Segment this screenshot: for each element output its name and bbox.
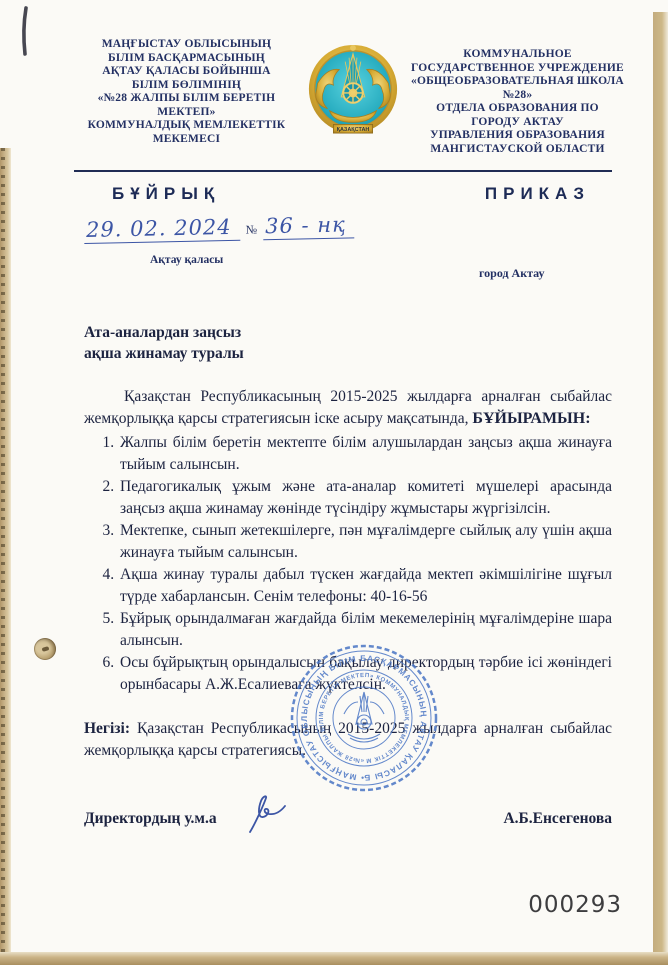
order-subject: Ата-аналардан заңсыз ақша жинамау туралы [84, 322, 668, 364]
place-row: Ақтау қаласы город Актау [0, 248, 668, 288]
handwritten-signature [236, 792, 288, 843]
org-kk-line: БІЛІМ БАСҚАРМАСЫНЫҢ [70, 52, 303, 66]
org-kk-line: МАҢҒЫСТАУ ОБЛЫСЫНЫҢ [70, 38, 303, 52]
handwritten-date: 29. 02. 2024 [84, 215, 240, 244]
org-kk-line: КОММУНАЛДЫҚ МЕМЛЕКЕТТІК [70, 119, 303, 133]
binder-hole [34, 638, 56, 660]
stamp-center-emblem [344, 692, 384, 742]
org-ru-line: «ОБЩЕОБРАЗОВАТЕЛЬНАЯ ШКОЛА №28» [403, 75, 632, 102]
order-item-1: Жалпы білім беретін мектепте білім алушы… [118, 432, 612, 476]
order-item-4: Ақша жинау туралы дабыл түскен жағдайда … [118, 564, 612, 608]
intro-paragraph: Қазақстан Республикасының 2015-2025 жылд… [84, 386, 612, 430]
official-round-stamp: • МАҢҒЫСТАУ ОБЛЫСЫНЫҢ БІЛІМ БАСҚАРМАСЫНЫ… [288, 642, 440, 799]
order-item-2: Педагогикалық ұжым және ата-аналар комит… [118, 476, 612, 520]
page-edge-bottom [0, 952, 668, 965]
org-ru-line: МАНГИСТАУСКОЙ ОБЛАСТИ [403, 143, 632, 157]
place-russian: город Актау [479, 266, 545, 281]
page-edge-left [0, 148, 11, 965]
org-name-kazakh: МАҢҒЫСТАУ ОБЛЫСЫНЫҢ БІЛІМ БАСҚАРМАСЫНЫҢ … [70, 38, 303, 146]
pen-mark [16, 4, 40, 65]
org-name-russian: КОММУНАЛЬНОЕ ГОСУДАРСТВЕННОЕ УЧРЕЖДЕНИЕ … [403, 38, 632, 156]
signer-name: А.Б.Енсегенова [503, 810, 612, 828]
order-title-kk: БҰЙРЫҚ [112, 184, 220, 204]
signer-title: Директордың у.м.а [84, 810, 217, 828]
letterhead: МАҢҒЫСТАУ ОБЛЫСЫНЫҢ БІЛІМ БАСҚАРМАСЫНЫҢ … [0, 0, 668, 156]
number-sign: № [246, 223, 258, 241]
page-edge-right [653, 12, 668, 965]
basis-label: Негізі: [84, 720, 130, 737]
order-dateline: 29. 02. 2024 № 36 - нқ [84, 198, 668, 244]
emblem-banner-text: ҚАЗАҚСТАН [337, 127, 370, 133]
intro-resolve-word: БҰЙЫРАМЫН: [472, 410, 590, 427]
subject-line-2: ақша жинамау туралы [84, 343, 668, 364]
org-ru-line: ГОРОДУ АКТАУ [403, 116, 632, 130]
sheet-number: 000293 [528, 892, 622, 918]
org-ru-line: УПРАВЛЕНИЯ ОБРАЗОВАНИЯ [403, 129, 632, 143]
kazakhstan-emblem-icon: ҚАЗАҚСТАН [303, 38, 403, 146]
subject-line-1: Ата-аналардан заңсыз [84, 322, 668, 343]
place-kazakh: Ақтау қаласы [150, 254, 223, 266]
order-item-3: Мектепке, сынып жетекшілерге, пән мұғалі… [118, 520, 612, 564]
handwritten-order-number: 36 - нқ [263, 213, 354, 241]
org-ru-line: КОММУНАЛЬНОЕ [403, 48, 632, 62]
org-kk-line: «№28 ЖАЛПЫ БІЛІМ БЕРЕТІН МЕКТЕП» [70, 92, 303, 119]
org-kk-line: АҚТАУ ҚАЛАСЫ БОЙЫНША [70, 65, 303, 79]
org-ru-line: ОТДЕЛА ОБРАЗОВАНИЯ ПО [403, 102, 632, 116]
org-kk-line: БІЛІМ БӨЛІМІНІҢ [70, 79, 303, 93]
signature-row: Директордың у.м.а А.Б.Енсегенова [84, 806, 612, 836]
org-ru-line: ГОСУДАРСТВЕННОЕ УЧРЕЖДЕНИЕ [403, 62, 632, 76]
org-kk-line: МЕКЕМЕСІ [70, 133, 303, 147]
document-page: МАҢҒЫСТАУ ОБЛЫСЫНЫҢ БІЛІМ БАСҚАРМАСЫНЫҢ … [0, 0, 668, 965]
